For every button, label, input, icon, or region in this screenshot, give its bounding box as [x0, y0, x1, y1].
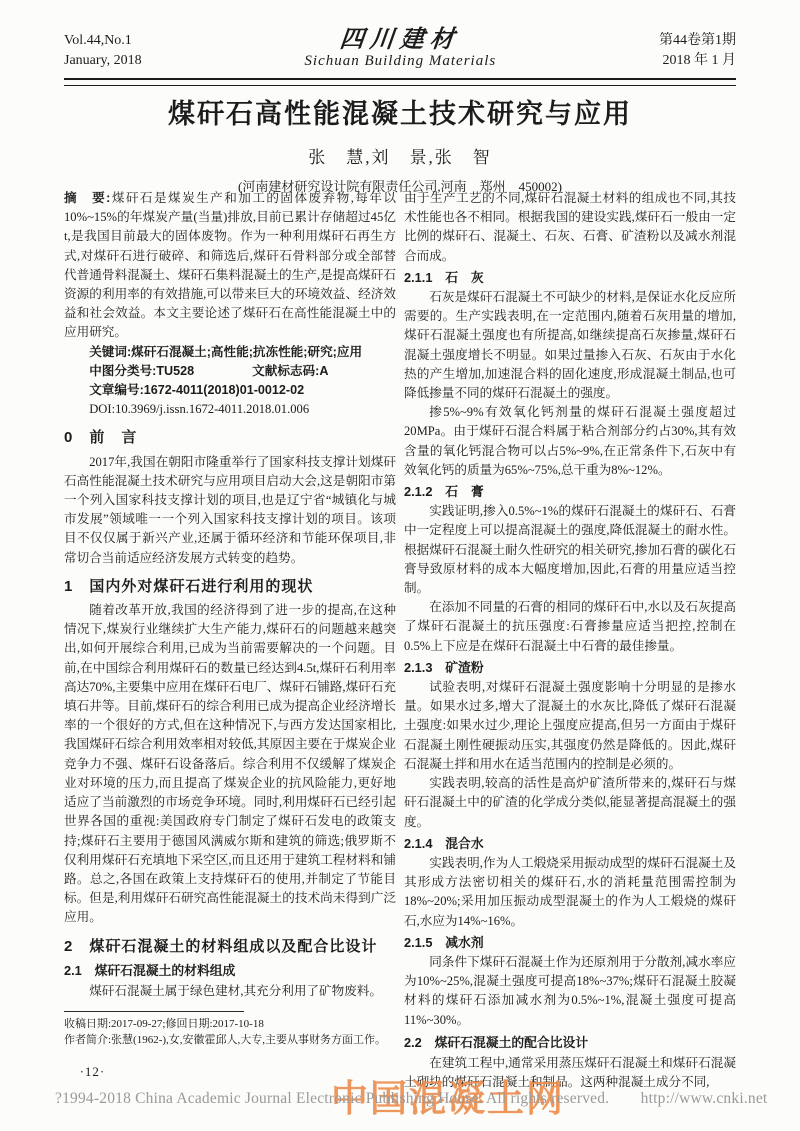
section-2-1-3-paragraph-a: 试验表明,对煤矸石混凝土强度影响十分明显的是掺水量。如果水过多,增大了混凝土的水…	[404, 678, 736, 774]
left-column: 摘 要:煤矸石是煤炭生产和加工的固体废弃物,每年以10%~15%的年煤炭产量(当…	[64, 189, 396, 1092]
section-heading-1: 1 国内外对煤矸石进行利用的现状	[64, 577, 396, 596]
footnote-divider	[64, 1011, 244, 1012]
section-1-paragraph: 随着改革开放,我国的经济得到了进一步的提高,在这种情况下,煤炭行业继续扩大生产能…	[64, 601, 396, 927]
header-left: Vol.44,No.1 January, 2018	[64, 31, 142, 71]
issue-date-cn: 2018 年 1 月	[659, 51, 736, 71]
section-2-1-3-paragraph-b: 实践表明,较高的活性是高炉矿渣所带来的,煤矸石与煤矸石混凝土中的矿渣的化学成分类…	[404, 774, 736, 832]
clc-value: TU528	[156, 364, 194, 378]
author-bio-line: 作者简介:张慧(1962-),女,安徽霍邱人,大专,主要从事财务方面工作。	[64, 1033, 396, 1049]
doc-code-label: 文献标志码:	[252, 364, 319, 378]
classification-line: 中图分类号:TU528文献标志码:A	[64, 362, 396, 381]
section-heading-2-1: 2.1 煤矸石混凝土的材料组成	[64, 961, 396, 980]
section-heading-2-1-5: 2.1.5 减水剂	[404, 933, 736, 952]
abstract-text: 煤矸石是煤炭生产和加工的固体废弃物,每年以10%~15%的年煤炭产量(当量)排放…	[64, 191, 396, 339]
article-authors: 张 慧,刘 景,张 智	[0, 143, 800, 168]
keywords-line: 关键词:煤矸石混凝土;高性能;抗冻性能;研究;应用	[64, 343, 396, 362]
article-no-value: 1672-4011(2018)01-0012-02	[144, 383, 304, 397]
section-heading-2-1-4: 2.1.4 混合水	[404, 834, 736, 853]
section-0-paragraph: 2017年,我国在朝阳市隆重举行了国家科技支撑计划煤矸石高性能混凝土技术研究与应…	[64, 453, 396, 568]
clc-label: 中图分类号:	[89, 364, 156, 378]
journal-logo-english: Sichuan Building Materials	[304, 52, 496, 71]
keywords-text: 煤矸石混凝土;高性能;抗冻性能;研究;应用	[131, 345, 362, 359]
section-2-1-2-paragraph-b: 在添加不同量的石膏的相同的煤矸石中,水以及石灰提高了煤矸石混凝土的抗压强度:石膏…	[404, 598, 736, 656]
section-2-1-paragraph: 煤矸石混凝土属于绿色建材,其充分利用了矿物废料。	[64, 982, 396, 1001]
section-heading-0: 0 前 言	[64, 428, 396, 447]
section-heading-2: 2 煤矸石混凝土的材料组成以及配合比设计	[64, 937, 396, 956]
article-body: 摘 要:煤矸石是煤炭生产和加工的固体废弃物,每年以10%~15%的年煤炭产量(当…	[64, 189, 736, 1092]
section-heading-2-1-3: 2.1.3 矿渣粉	[404, 658, 736, 677]
header-divider	[64, 78, 736, 86]
section-2-1-4-paragraph: 实践表明,作为人工煅烧采用振动成型的煤矸石混凝土及其形成方法密切相关的煤矸石,水…	[404, 854, 736, 931]
section-2-1-1-paragraph-b: 掺5%~9%有效氧化钙剂量的煤矸石混凝土强度超过20MPa。由于煤矸石混合料属于…	[404, 403, 736, 480]
section-2-1-5-paragraph: 同条件下煤矸石混凝土作为还原剂用于分散剂,减水率应为10%~25%,混凝土强度可…	[404, 953, 736, 1030]
section-2-1-1-paragraph-a: 石灰是煤矸石混凝土不可缺少的材料,是保证水化反应所需要的。生产实践表明,在一定范…	[404, 288, 736, 403]
title-block: 煤矸石高性能混凝土技术研究与应用 张 慧,刘 景,张 智 (河南建材研究设计院有…	[0, 92, 800, 195]
journal-page: Vol.44,No.1 January, 2018 四川建材 Sichuan B…	[0, 0, 800, 1131]
doc-code-value: A	[319, 364, 328, 378]
issue-number-cn: 第44卷第1期	[659, 31, 736, 51]
article-title: 煤矸石高性能混凝土技术研究与应用	[0, 92, 800, 131]
header-right: 第44卷第1期 2018 年 1 月	[659, 31, 736, 71]
journal-header: Vol.44,No.1 January, 2018 四川建材 Sichuan B…	[64, 28, 736, 71]
footnote-block: 收稿日期:2017-09-27;修回日期:2017-10-18 作者简介:张慧(…	[64, 1011, 396, 1048]
article-number-line: 文章编号:1672-4011(2018)01-0012-02	[64, 381, 396, 400]
journal-logo: 四川建材 Sichuan Building Materials	[304, 28, 496, 71]
article-no-label: 文章编号:	[89, 383, 144, 397]
journal-logo-chinese: 四川建材	[303, 28, 497, 52]
doi-line: DOI:10.3969/j.issn.1672-4011.2018.01.006	[64, 400, 396, 419]
copyright-line: ?1994-2018 China Academic Journal Electr…	[55, 1086, 760, 1108]
volume-number: Vol.44,No.1	[64, 31, 142, 51]
keywords-label: 关键词:	[89, 345, 131, 359]
abstract-paragraph: 摘 要:煤矸石是煤炭生产和加工的固体废弃物,每年以10%~15%的年煤炭产量(当…	[64, 189, 396, 343]
section-heading-2-1-2: 2.1.2 石 膏	[404, 482, 736, 501]
section-2-1-2-paragraph-a: 实践证明,掺入0.5%~1%的煤矸石混凝土的煤矸石、石膏中一定程度上可以提高混凝…	[404, 502, 736, 598]
abstract-label: 摘 要:	[64, 191, 110, 205]
issue-date-en: January, 2018	[64, 51, 142, 71]
received-date-line: 收稿日期:2017-09-27;修回日期:2017-10-18	[64, 1017, 396, 1033]
section-heading-2-2: 2.2 煤矸石混凝土的配合比设计	[404, 1033, 736, 1052]
continuation-paragraph: 由于生产工艺的不同,煤矸石混凝土材料的组成也不同,其技术性能也各不相同。根据我国…	[404, 189, 736, 266]
section-heading-2-1-1: 2.1.1 石 灰	[404, 268, 736, 287]
right-column: 由于生产工艺的不同,煤矸石混凝土材料的组成也不同,其技术性能也各不相同。根据我国…	[404, 189, 736, 1092]
